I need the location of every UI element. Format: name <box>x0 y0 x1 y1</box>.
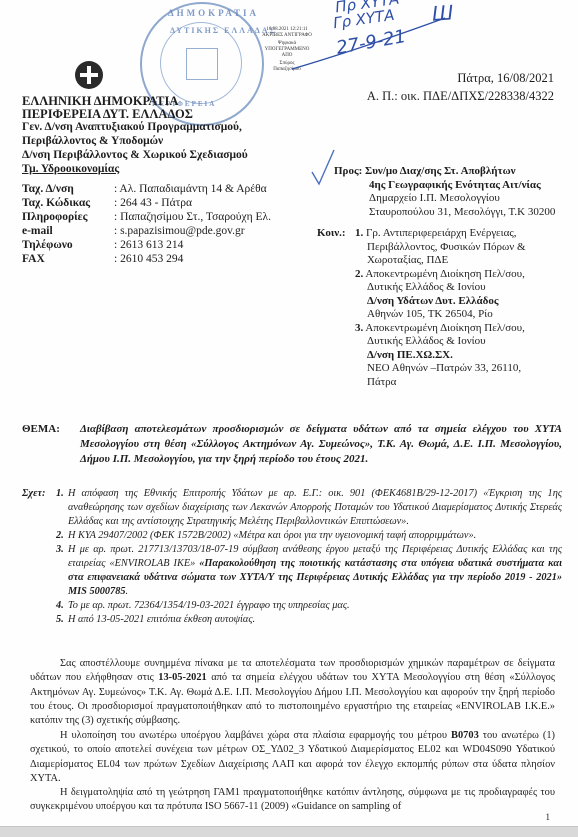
handwritten-initials: Ш <box>431 0 454 25</box>
references: Σχετ: 1.Η απόφαση της Εθνικής Επιτροπής … <box>22 487 562 627</box>
body-paragraph-3: Η δειγματοληψία από τη γεώτρηση ΓΑΜ1 πρα… <box>30 786 555 815</box>
subject-label: ΘΕΜΑ: <box>22 422 80 467</box>
subject-text: Διαβίβαση αποτελεσμάτων προσδιορισμών σε… <box>80 422 562 467</box>
reference-item: 4.Το με αρ. πρωτ. 72364/1354/19-03-2021 … <box>56 599 562 613</box>
body-paragraph-2: Η υλοποίηση του ανωτέρω υποέργου λαμβάνε… <box>30 729 555 786</box>
recipient-name: Συν/μο Διαχ/σης Στ. Αποβλήτων <box>365 165 516 177</box>
org-name-4: Περιβάλλοντος & Υποδομών <box>22 134 163 149</box>
stamp-text-top: ΔΗΜΟΚΡΑΤΙΑ <box>168 8 259 18</box>
org-name-5: Δ/νση Περιβάλλοντος & Χωρικού Σχεδιασμού <box>22 148 248 163</box>
contact-row-fax: FAX: 2610 453 294 <box>22 252 312 266</box>
references-label: Σχετ: <box>22 487 56 627</box>
stamp-emblem-icon <box>186 48 218 80</box>
body-paragraph-1: Σας αποστέλλουμε συνημμένα πίνακα με τα … <box>30 657 555 728</box>
recipient-block: Προς: Συν/μο Διαχ/σης Στ. Αποβλήτων 4ης … <box>334 165 574 219</box>
reference-item: 3.Η με αρ. πρωτ. 217713/13703/18-07-19 σ… <box>56 543 562 599</box>
subject: ΘΕΜΑ: Διαβίβαση αποτελεσμάτων προσδιορισ… <box>22 422 562 467</box>
cc-block: Κοιν.: 1. Γρ. Αντιπεριφερειάρχη Ενέργεια… <box>317 227 572 389</box>
org-name-3: Γεν. Δ/νση Αναπτυξιακού Προγραμματισμού, <box>22 120 242 135</box>
contact-row-address: Ταχ. Δ/νση: Αλ. Παπαδιαμάντη 14 & Αρέθα <box>22 182 312 196</box>
cc-label: Κοιν.: <box>317 227 355 268</box>
cc-item-1: 1. Γρ. Αντιπεριφερειάρχη Ενέργειας, Περι… <box>355 227 526 268</box>
greek-coat-of-arms-icon <box>75 61 103 89</box>
department-name: Τμ. Υδροοικονομίας <box>22 162 119 177</box>
contact-row-phone: Τηλέφωνο: 2613 613 214 <box>22 238 312 252</box>
contact-row-postcode: Ταχ. Κώδικας: 264 43 - Πάτρα <box>22 196 312 210</box>
page-number: 1 <box>546 812 551 822</box>
place-date: Πάτρα, 16/08/2021 <box>457 71 554 86</box>
viewer-bottom-bar <box>0 826 578 837</box>
contact-row-email: e-mail: s.papazisimou@pde.gov.gr <box>22 224 312 238</box>
protocol-number: Α. Π.: οικ. ΠΔΕ/ΔΠΧΣ/228338/4322 <box>367 89 554 104</box>
document-page: ΔΗΜΟΚΡΑΤΙΑ ΔΥΤΙΚΗΣ ΕΛΛΑΔΑΣ ΠΕΡΙΦΕΡΕΙΑ 16… <box>0 0 578 826</box>
reference-item: 2.Η ΚΥΑ 29407/2002 (ΦΕΚ 1572Β/2002) «Μέτ… <box>56 529 562 543</box>
handwritten-checkmark-icon <box>310 148 336 188</box>
contact-info: Ταχ. Δ/νση: Αλ. Παπαδιαμάντη 14 & Αρέθα … <box>22 182 312 266</box>
contact-row-info: Πληροφορίες: Παπαζησίμου Στ., Τσαρούχη Ε… <box>22 210 312 224</box>
reference-item: 1.Η απόφαση της Εθνικής Επιτροπής Υδάτων… <box>56 487 562 529</box>
to-label: Προς: <box>334 165 362 177</box>
reference-item: 5.Η από 13-05-2021 επιτόπια έκθεση αυτοψ… <box>56 613 562 627</box>
cc-item-2: 2. Αποκεντρωμένη Διοίκηση Πελ/σου, Δυτικ… <box>317 268 572 322</box>
cc-item-3: 3. Αποκεντρωμένη Διοίκηση Πελ/σου, Δυτικ… <box>317 322 572 390</box>
